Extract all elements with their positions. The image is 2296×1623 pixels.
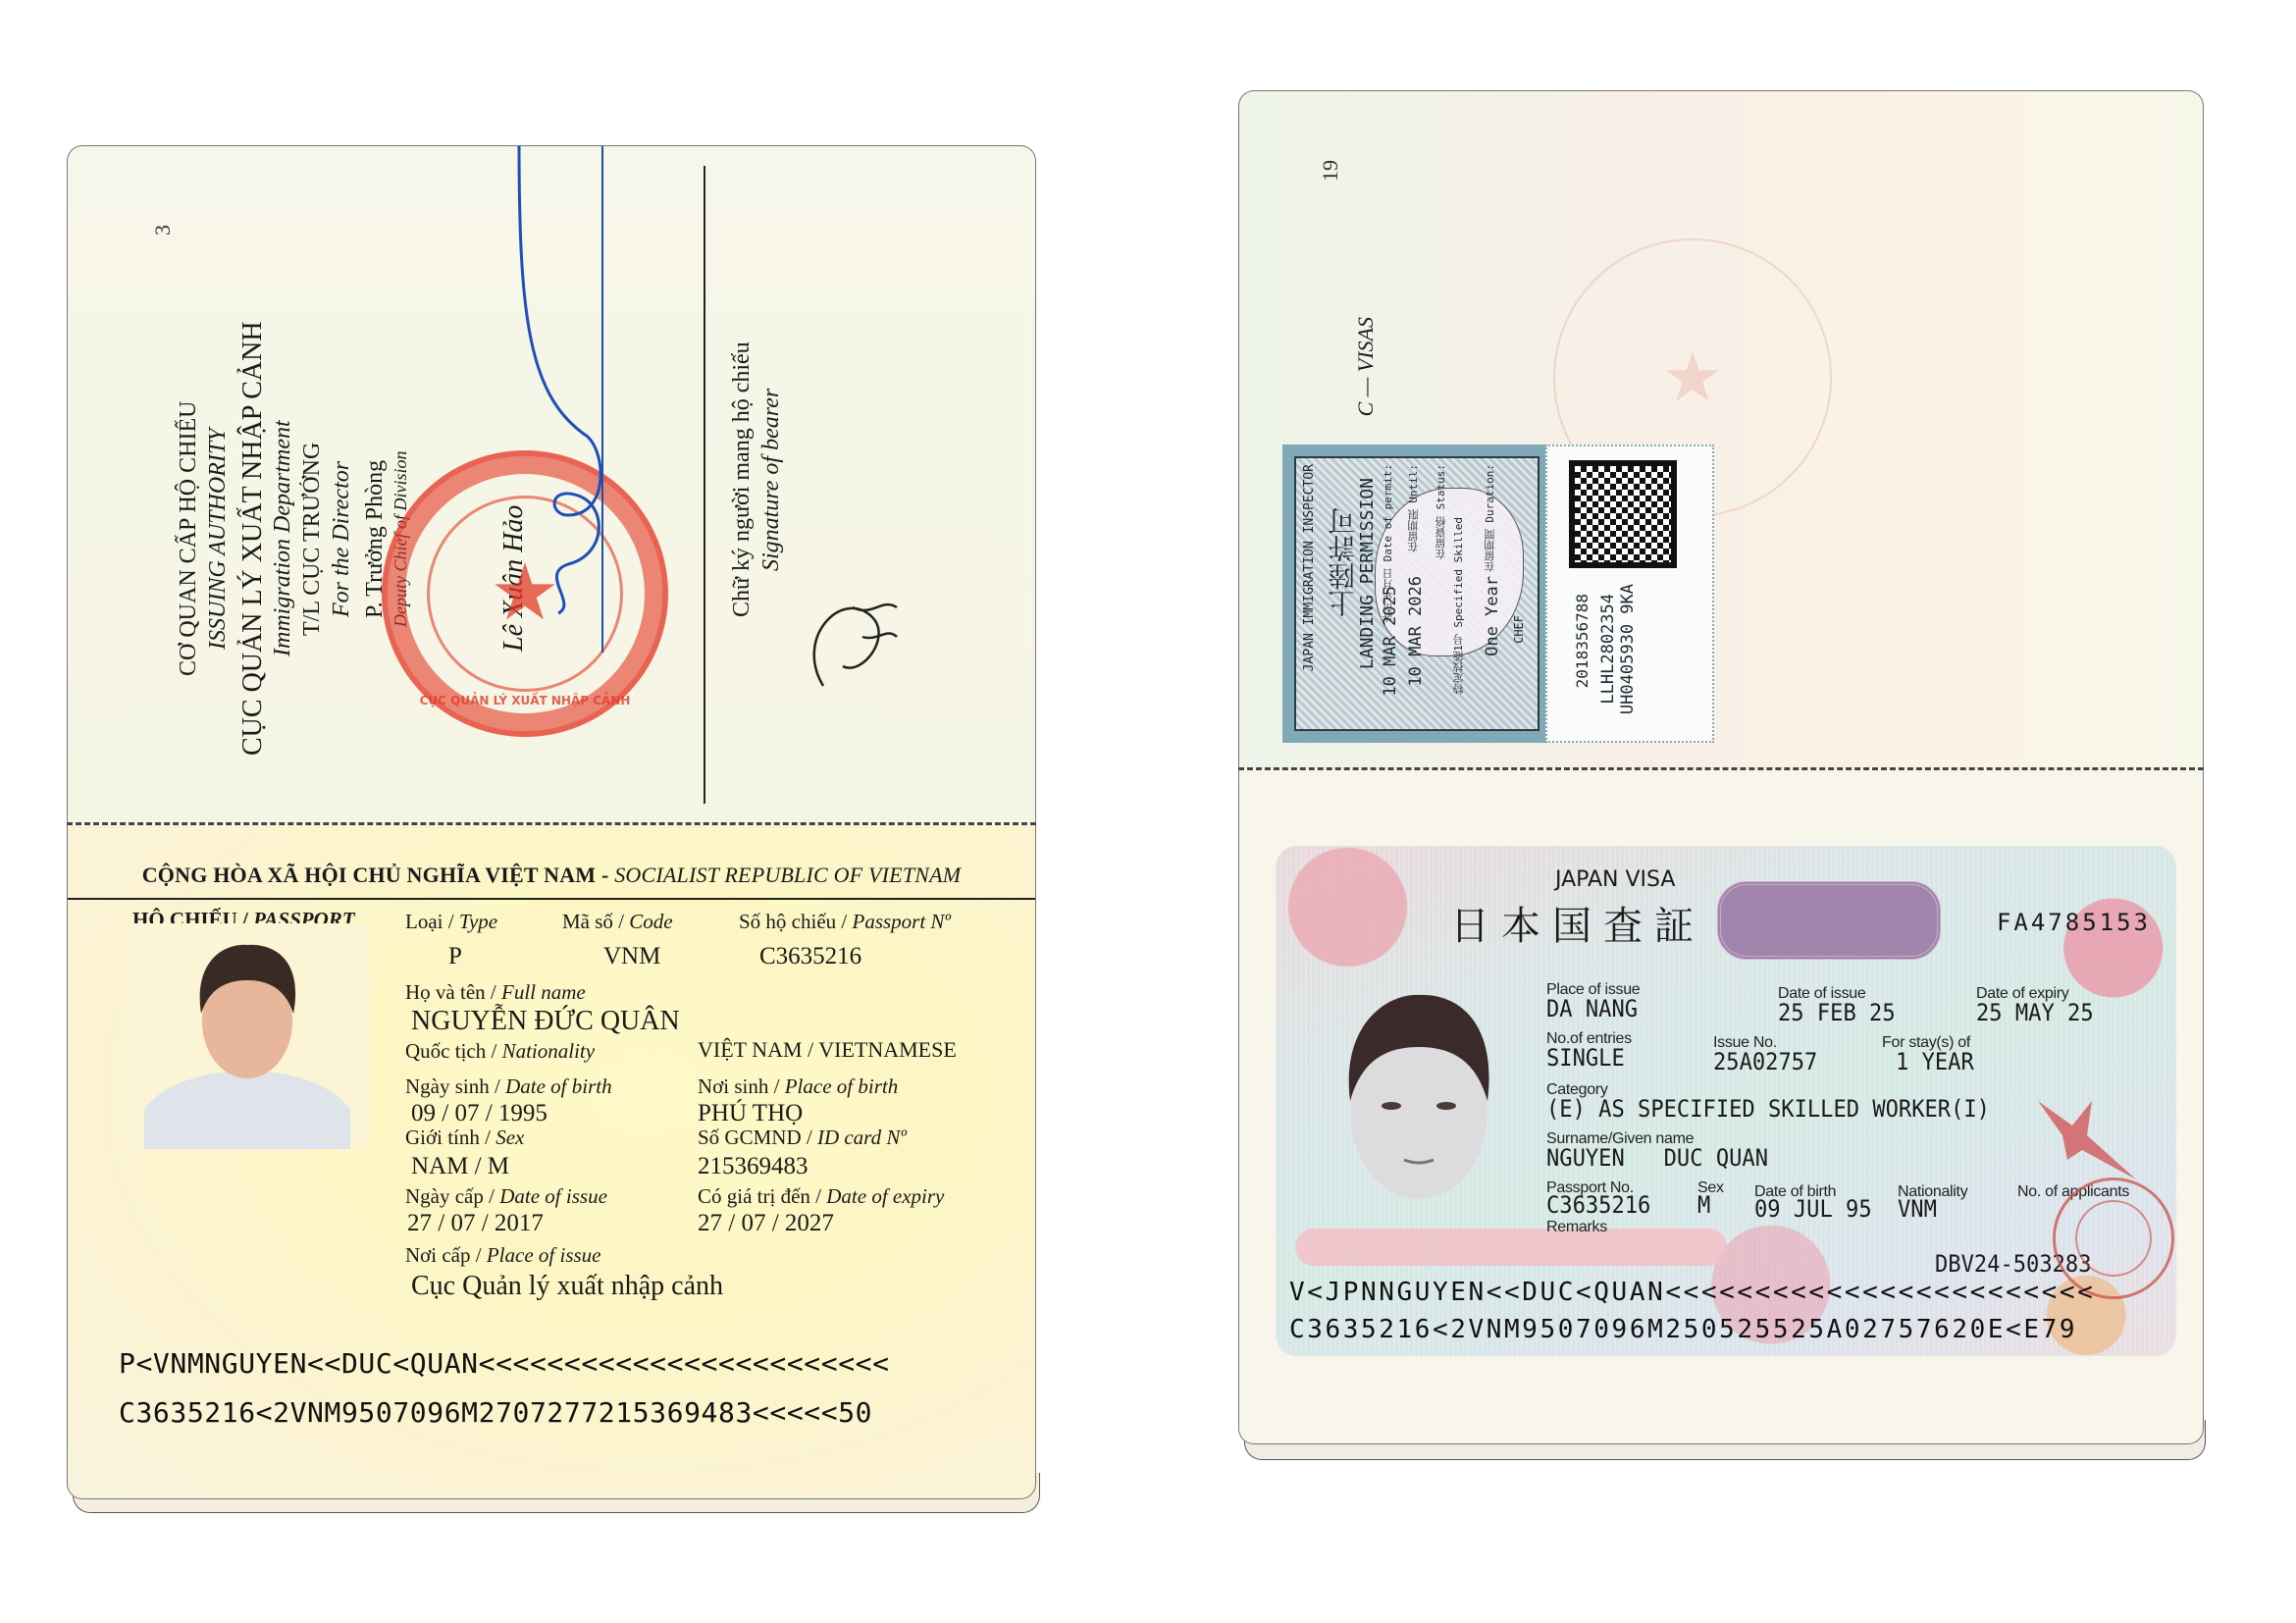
expiry-date-label: Có giá trị đến / Date of expiry: [698, 1184, 944, 1209]
visa-holder-photo: [1311, 973, 1527, 1238]
observations-page: 3 CƠ QUAN CẤP HỘ CHIẾU ISSUING AUTHORITY…: [67, 145, 1036, 823]
visa-number: FA4785153: [1997, 909, 2151, 936]
authority-label-en: ISSUING AUTHORITY: [203, 264, 233, 813]
code-value: VNM: [603, 943, 660, 970]
id-card-label: Số GCMND / ID card Nº: [698, 1126, 907, 1150]
type-label: Loại / Type: [405, 910, 497, 934]
dob-label: Ngày sinh / Date of birth: [405, 1074, 612, 1099]
sex-value: NAM / M: [411, 1153, 509, 1180]
visa-passport-no: C3635216: [1546, 1191, 1650, 1219]
stay-duration: 1 YEAR: [1896, 1048, 1974, 1075]
japan-visa-sticker: JAPAN VISA 日本国査証 FA4785153 Place of issu…: [1276, 846, 2176, 1356]
full-name-label: Họ và tên / Full name: [405, 980, 586, 1005]
visa-page-19: 19 C — VISAS JAPAN IMMIGRATION INSPECTOR…: [1238, 90, 2204, 768]
expiry-date-value: 27 / 07 / 2027: [698, 1210, 834, 1237]
passport-data-page: CỘNG HÒA XÃ HỘI CHỦ NGHĨA VIỆT NAM - SOC…: [67, 825, 1036, 1499]
id-card-value: 215369483: [698, 1153, 809, 1180]
full-name-value: NGUYỄN ĐỨC QUÂN: [411, 1006, 680, 1037]
visa-category: (E) AS SPECIFIED SKILLED WORKER(I): [1546, 1095, 1990, 1123]
type-value: P: [448, 943, 462, 970]
passport-visa-pages: 19 C — VISAS JAPAN IMMIGRATION INSPECTOR…: [1238, 90, 2204, 1444]
page-number: 3: [150, 225, 176, 236]
officer-signature: [460, 145, 637, 692]
visa-title: JAPAN VISA: [1555, 867, 1675, 892]
bearer-label-vi: Chữ ký người mang hộ chiếu: [727, 323, 757, 637]
country-header: CỘNG HÒA XÃ HỘI CHỦ NGHĨA VIỆT NAM - SOC…: [68, 863, 1035, 888]
vietnam-passport: 3 CƠ QUAN CẤP HỘ CHIẾU ISSUING AUTHORITY…: [67, 145, 1036, 1499]
place-of-issue: DA NANG: [1546, 995, 1638, 1022]
for-director-en: For the Director: [327, 264, 356, 813]
bearer-signature-block: Chữ ký người mang hộ chiếu Signature of …: [727, 323, 786, 637]
place-of-issue-label: Nơi cấp / Place of issue: [405, 1243, 600, 1268]
department-vi: CỤC QUẢN LÝ XUẤT NHẬP CẢNH: [238, 264, 268, 813]
place-of-issue-value: Cục Quản lý xuất nhập cảnh: [411, 1271, 723, 1302]
title-vi: P. Trưởng Phòng: [360, 264, 390, 813]
passport-no-label: Số hộ chiếu / Passport Nº: [739, 910, 951, 934]
visa-dob: 09 JUL 95: [1754, 1195, 1872, 1223]
page-number: 19: [1318, 160, 1343, 182]
for-director-vi: T/L CỤC TRƯỞNG: [297, 264, 327, 813]
visa-holder-name: NGUYEN DUC QUAN: [1546, 1144, 1768, 1172]
section-label: C — VISAS: [1353, 317, 1379, 416]
nationality-value: VIỆT NAM / VIETNAMESE: [698, 1037, 957, 1063]
header-rule: [68, 898, 1035, 900]
bearer-label-en: Signature of bearer: [757, 323, 786, 637]
issue-no: 25A02757: [1713, 1048, 1817, 1075]
department-en: Immigration Department: [268, 264, 297, 813]
nationality-label: Quốc tịch / Nationality: [405, 1039, 595, 1064]
mrz-line-2: C3635216<2VNM9507096M2707277215369483<<<…: [119, 1396, 872, 1429]
holder-photo: [125, 923, 370, 1149]
paper-crane-icon: [2033, 1081, 2141, 1189]
visa-title-kanji: 日本国査証: [1450, 895, 1705, 951]
landing-permission-sticker: JAPAN IMMIGRATION INSPECTOR 上陸許可 LANDING…: [1282, 445, 1551, 743]
visa-mrz-line-2: C3635216<2VNM9507096M250525525A02757620E…: [1289, 1315, 2077, 1344]
divider: [704, 166, 705, 804]
code-label: Mã số / Code: [562, 910, 673, 934]
visa-mrz-line-1: V<JPNNGUYEN<<DUC<QUAN<<<<<<<<<<<<<<<<<<<…: [1289, 1278, 2095, 1307]
hologram-seal: [1717, 881, 1941, 960]
dob-value: 09 / 07 / 1995: [411, 1100, 548, 1127]
visa-date-of-expiry: 25 MAY 25: [1976, 999, 2094, 1026]
mrz-line-1: P<VNMNGUYEN<<DUC<QUAN<<<<<<<<<<<<<<<<<<<…: [119, 1347, 890, 1380]
visa-nationality: VNM: [1898, 1195, 1937, 1223]
passport-no-value: C3635216: [759, 943, 861, 970]
authority-label-vi: CƠ QUAN CẤP HỘ CHIẾU: [174, 264, 203, 813]
qr-code-sticker: 2018356788 LLHL2802354 UH0405930 9KA: [1545, 445, 1714, 743]
qr-code: [1569, 460, 1677, 568]
security-strip: [1295, 1229, 1727, 1266]
visa-sex: M: [1697, 1191, 1710, 1219]
bearer-signature: [804, 578, 912, 706]
issue-date-label: Ngày cấp / Date of issue: [405, 1184, 607, 1209]
pob-label: Nơi sinh / Place of birth: [698, 1074, 898, 1099]
entries: SINGLE: [1546, 1044, 1625, 1072]
issue-date-value: 27 / 07 / 2017: [407, 1210, 544, 1237]
pob-value: PHÚ THỌ: [698, 1100, 803, 1127]
sex-label: Giới tính / Sex: [405, 1126, 524, 1150]
visa-date-of-issue: 25 FEB 25: [1778, 999, 1896, 1026]
